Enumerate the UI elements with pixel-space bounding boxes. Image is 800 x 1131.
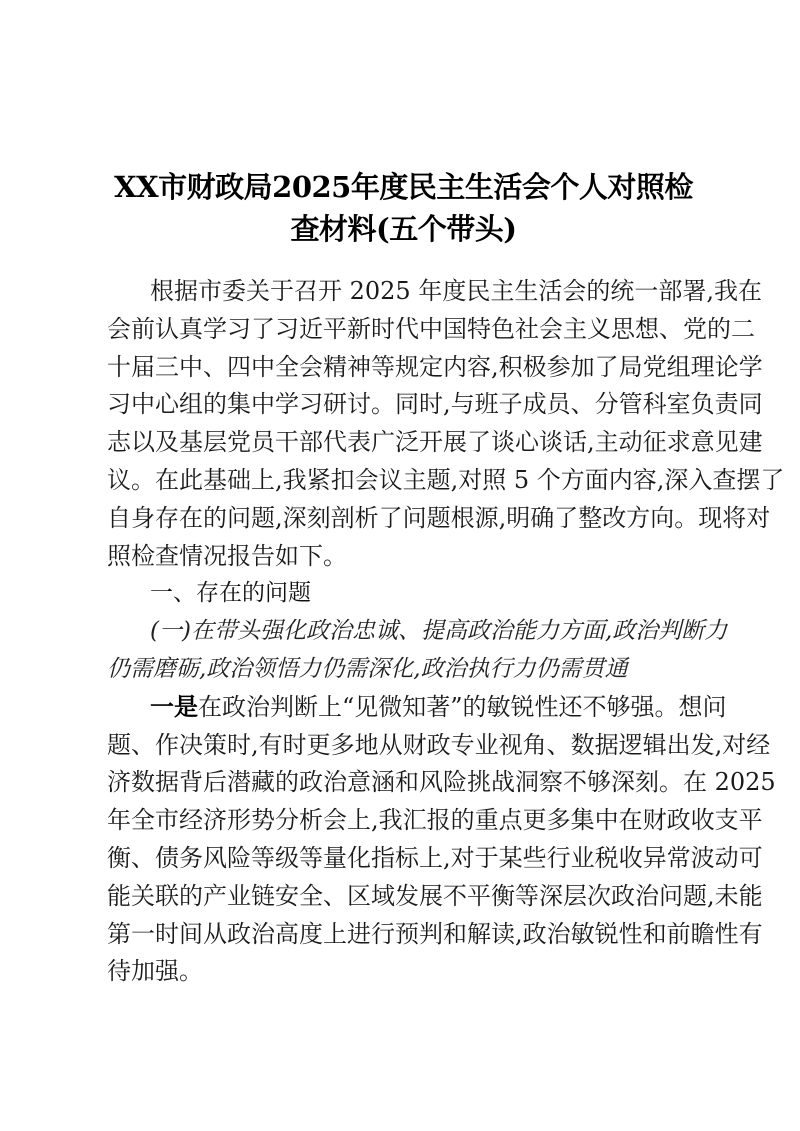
title-line-1: XX市财政局2025年度民主生活会个人对照检 — [100, 166, 707, 208]
document-page: XX市财政局2025年度民主生活会个人对照检 查材料(五个带头) 根据市委关于召… — [0, 0, 800, 1131]
paragraph-line: 第一时间从政治高度上进行预判和解读,政治敏锐性和前瞻性有 — [107, 916, 707, 954]
paragraph-line: 志以及基层党员干部代表广泛开展了谈心谈话,主动征求意见建 — [107, 424, 707, 462]
subsection-line: (一)在带头强化政治忠诚、提高政治能力方面,政治判断力 — [107, 613, 707, 651]
paragraph-line: 年全市经济形势分析会上,我汇报的重点更多集中在财政收支平 — [107, 802, 707, 840]
paragraph-line: 能关联的产业链安全、区域发展不平衡等深层次政治问题,未能 — [107, 878, 707, 916]
section-heading: 一、存在的问题 — [107, 575, 707, 613]
paragraph-line: 照检查情况报告如下。 — [107, 538, 707, 576]
point-one-paragraph: 一是在政治判断上“见微知著”的敏锐性还不够强。想问 题、作决策时,有时更多地从财… — [107, 689, 707, 991]
paragraph-line: 十届三中、四中全会精神等规定内容,积极参加了局党组理论学 — [107, 349, 707, 387]
paragraph-line: 济数据背后潜藏的政治意涵和风险挑战洞察不够深刻。在 2025 — [107, 764, 707, 802]
paragraph-line: 自身存在的问题,深刻剖析了问题根源,明确了整改方向。现将对 — [107, 500, 707, 538]
subsection-heading: (一)在带头强化政治忠诚、提高政治能力方面,政治判断力 仍需磨砺,政治领悟力仍需… — [107, 613, 707, 689]
paragraph-line: 根据市委关于召开 2025 年度民主生活会的统一部署,我在 — [107, 273, 707, 311]
paragraph-line: 会前认真学习了习近平新时代中国特色社会主义思想、党的二 — [107, 311, 707, 349]
paragraph-line: 议。在此基础上,我紧扣会议主题,对照 5 个方面内容,深入查摆了 — [107, 462, 707, 500]
point-one-first-line-text: 在政治判断上“见微知著”的敏锐性还不够强。想问 — [198, 693, 727, 721]
paragraph-line: 衡、债务风险等级等量化指标上,对于某些行业税收异常波动可 — [107, 840, 707, 878]
intro-paragraph: 根据市委关于召开 2025 年度民主生活会的统一部署,我在 会前认真学习了习近平… — [107, 273, 707, 575]
document-body: 根据市委关于召开 2025 年度民主生活会的统一部署,我在 会前认真学习了习近平… — [107, 273, 707, 991]
paragraph-line: 待加强。 — [107, 953, 707, 991]
document-title: XX市财政局2025年度民主生活会个人对照检 查材料(五个带头) — [100, 166, 707, 250]
subsection-line: 仍需磨砺,政治领悟力仍需深化,政治执行力仍需贯通 — [107, 651, 707, 689]
paragraph-line: 习中心组的集中学习研讨。同时,与班子成员、分管科室负责同 — [107, 386, 707, 424]
paragraph-line: 题、作决策时,有时更多地从财政专业视角、数据逻辑出发,对经 — [107, 727, 707, 765]
title-line-2: 查材料(五个带头) — [100, 208, 707, 250]
point-lead-label: 一是 — [150, 693, 198, 721]
point-one-first-line: 一是在政治判断上“见微知著”的敏锐性还不够强。想问 — [107, 689, 707, 727]
